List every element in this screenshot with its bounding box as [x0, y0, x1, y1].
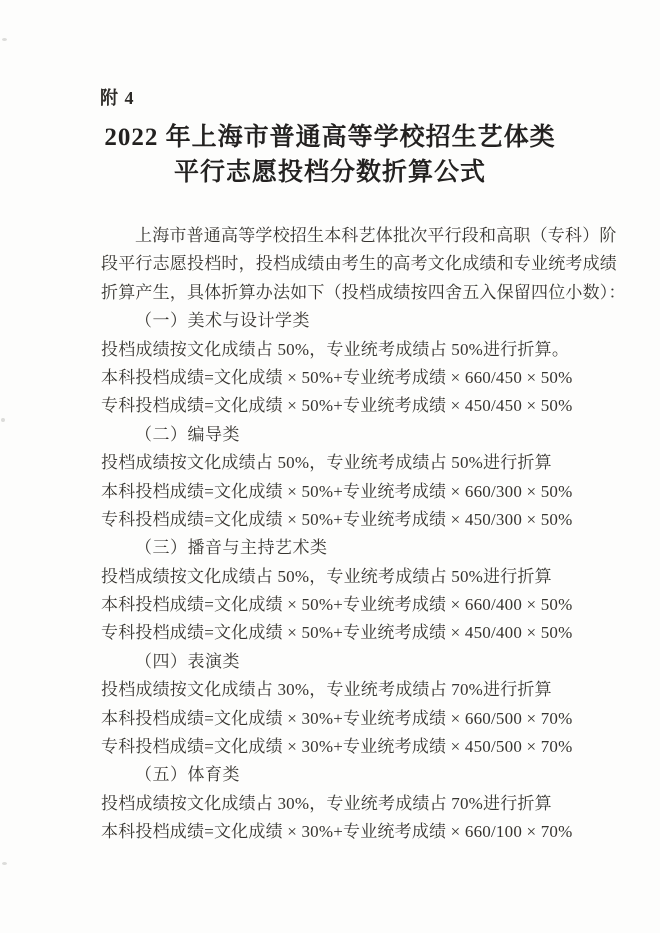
undergrad-formula: 本科投档成绩=文化成绩 × 50%+专业统考成绩 × 660/300 × 50%: [101, 478, 571, 506]
document-title: 2022 年上海市普通高等学校招生艺体类 平行志愿投档分数折算公式: [0, 120, 660, 190]
ratio-line: 投档成绩按文化成绩占 30%，专业统考成绩占 70%进行折算: [101, 676, 571, 704]
college-formula: 专科投档成绩=文化成绩 × 50%+专业统考成绩 × 450/300 × 50%: [101, 506, 571, 534]
scan-speck: [2, 38, 7, 41]
document-body: 上海市普通高等学校招生本科艺体批次平行段和高职（专科）阶 段平行志愿投档时，投档…: [101, 222, 571, 847]
title-line-1: 2022 年上海市普通高等学校招生艺体类: [0, 120, 660, 155]
scan-speck: [2, 862, 7, 865]
section-heading: （五）体育类: [101, 761, 571, 789]
section-heading: （三）播音与主持艺术类: [101, 534, 571, 562]
section-performance: （四）表演类 投档成绩按文化成绩占 30%，专业统考成绩占 70%进行折算 本科…: [101, 648, 571, 762]
ratio-line: 投档成绩按文化成绩占 50%，专业统考成绩占 50%进行折算: [101, 563, 571, 591]
undergrad-formula: 本科投档成绩=文化成绩 × 50%+专业统考成绩 × 660/450 × 50%: [101, 364, 571, 392]
undergrad-formula: 本科投档成绩=文化成绩 × 30%+专业统考成绩 × 660/100 × 70%: [101, 818, 571, 846]
title-line-2: 平行志愿投档分数折算公式: [0, 155, 660, 190]
undergrad-formula: 本科投档成绩=文化成绩 × 30%+专业统考成绩 × 660/500 × 70%: [101, 705, 571, 733]
section-sports: （五）体育类 投档成绩按文化成绩占 30%，专业统考成绩占 70%进行折算 本科…: [101, 761, 571, 846]
intro-line-1: 上海市普通高等学校招生本科艺体批次平行段和高职（专科）阶: [101, 222, 571, 250]
ratio-line: 投档成绩按文化成绩占 50%，专业统考成绩占 50%进行折算。: [101, 336, 571, 364]
attachment-label: 附 4: [100, 84, 135, 110]
section-heading: （一）美术与设计学类: [101, 307, 571, 335]
section-directing: （二）编导类 投档成绩按文化成绩占 50%，专业统考成绩占 50%进行折算 本科…: [101, 421, 571, 535]
college-formula: 专科投档成绩=文化成绩 × 50%+专业统考成绩 × 450/450 × 50%: [101, 392, 571, 420]
ratio-line: 投档成绩按文化成绩占 50%，专业统考成绩占 50%进行折算: [101, 449, 571, 477]
college-formula: 专科投档成绩=文化成绩 × 50%+专业统考成绩 × 450/400 × 50%: [101, 619, 571, 647]
intro-line-2: 段平行志愿投档时，投档成绩由考生的高考文化成绩和专业统考成绩: [101, 250, 571, 278]
document-page: 附 4 2022 年上海市普通高等学校招生艺体类 平行志愿投档分数折算公式 上海…: [0, 0, 660, 933]
section-heading: （二）编导类: [101, 421, 571, 449]
section-art-design: （一）美术与设计学类 投档成绩按文化成绩占 50%，专业统考成绩占 50%进行折…: [101, 307, 571, 421]
intro-line-3: 折算产生，具体折算办法如下（投档成绩按四舍五入保留四位小数）：: [101, 279, 571, 307]
section-heading: （四）表演类: [101, 648, 571, 676]
section-broadcasting: （三）播音与主持艺术类 投档成绩按文化成绩占 50%，专业统考成绩占 50%进行…: [101, 534, 571, 648]
undergrad-formula: 本科投档成绩=文化成绩 × 50%+专业统考成绩 × 660/400 × 50%: [101, 591, 571, 619]
college-formula: 专科投档成绩=文化成绩 × 30%+专业统考成绩 × 450/500 × 70%: [101, 733, 571, 761]
ratio-line: 投档成绩按文化成绩占 30%，专业统考成绩占 70%进行折算: [101, 790, 571, 818]
scan-speck: [1, 418, 5, 422]
